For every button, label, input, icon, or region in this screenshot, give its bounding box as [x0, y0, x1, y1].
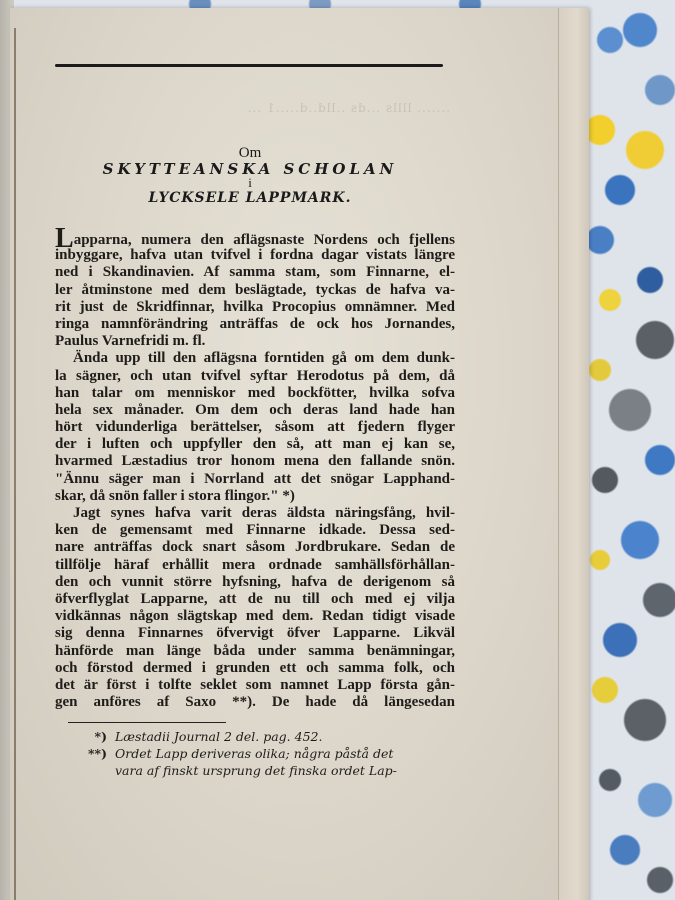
text-line: vidkännas någon slägtskap med dem. Redan…	[55, 608, 455, 625]
text-line-content: ned i Skandinavien. Af samma stam, som F…	[55, 264, 455, 280]
text-line: Ända upp till den aflägsna forntiden gå …	[55, 350, 455, 367]
text-line: Lapparna, numera den aflägsnaste Nordens…	[55, 230, 455, 247]
text-line: der i luften och uppfyller den så, att m…	[55, 436, 455, 453]
text-line: "Ännu säger man i Norrland att det snöga…	[55, 471, 455, 488]
text-line: det är först i tolfte seklet som namnet …	[55, 677, 455, 694]
text-line-content: hört vidunderliga berättelser, såsom att…	[55, 419, 455, 435]
footnote: **)Ordet Lapp deriveras olika; några pås…	[65, 745, 475, 762]
chapter-heading: Om SKYTTEANSKA SCHOLAN i LYCKSELE LAPPMA…	[55, 146, 445, 208]
text-line-content: ken de gemensamt med Finnarne idkade. De…	[55, 522, 455, 538]
heading-prefix: Om	[55, 146, 445, 160]
text-line: han talar om menniskor med bockfötter, h…	[55, 385, 455, 402]
book-page: ....... lllls ...ds ..lld..d.....1 ... O…	[10, 8, 588, 900]
text-line-content: "Ännu säger man i Norrland att det snöga…	[55, 471, 455, 487]
text-line: inbyggare, hafva utan tvifvel i fordna d…	[55, 247, 455, 264]
text-line: hela sex månader. Om dem och deras land …	[55, 402, 455, 419]
text-line-content: nare anträffas dock snart såsom Jordbruk…	[55, 539, 455, 555]
body-text: Lapparna, numera den aflägsnaste Nordens…	[55, 230, 455, 711]
heading-subtitle: LYCKSELE LAPPMARK.	[55, 188, 445, 208]
text-line-content: apparna, numera den aflägsnaste Nordens …	[74, 232, 455, 248]
text-line-content: hvarmed Læstadius tror honom mena den fa…	[55, 453, 455, 469]
heading-connector: i	[55, 178, 445, 188]
footnote-rule	[68, 722, 226, 723]
text-line-content: öfverflyglat Lapparne, att de nu till oc…	[55, 591, 455, 607]
text-line-content: skar, då snön faller i stora flingor." *…	[55, 488, 295, 504]
text-line: ringa namnförändring anträffas de ock ho…	[55, 316, 455, 333]
bleed-through-text: ....... lllls ...ds ..lld..d.....1 ...	[220, 93, 450, 123]
text-line-content: gen anföres af Saxo **). De hade då läng…	[55, 694, 455, 710]
footnote: *)Læstadii Journal 2 del. pag. 452.	[65, 728, 475, 745]
text-line: öfverflyglat Lapparne, att de nu till oc…	[55, 591, 455, 608]
text-line: hänförde man länge båda under samma benä…	[55, 643, 455, 660]
text-line: Paulus Varnefridi m. fl.	[55, 333, 455, 350]
page-fold-edge	[558, 8, 589, 900]
text-line-content: den och vunnit större hyfsning, hafva de…	[55, 574, 455, 590]
text-line-content: la sägner, och utan tvifvel syftar Herod…	[55, 368, 455, 384]
text-line: den och vunnit större hyfsning, hafva de…	[55, 574, 455, 591]
text-line-content: inbyggare, hafva utan tvifvel i fordna d…	[55, 247, 455, 263]
text-line-content: det är först i tolfte seklet som namnet …	[55, 677, 455, 693]
footnote-mark: **)	[65, 745, 115, 762]
footnote-text: Læstadii Journal 2 del. pag. 452.	[115, 728, 322, 745]
footnotes: *)Læstadii Journal 2 del. pag. 452.**)Or…	[65, 728, 475, 779]
text-line-content: Ända upp till den aflägsna forntiden gå …	[73, 350, 455, 366]
text-line: rit just de Skridfinnar, hvilka Procopiu…	[55, 299, 455, 316]
text-line-content: Paulus Varnefridi m. fl.	[55, 333, 205, 349]
footnote-continuation: vara af finskt ursprung det finska ordet…	[65, 762, 475, 779]
text-line-content: sig denna Finnarnes öfvervigt öfver Lapp…	[55, 625, 455, 641]
text-line-content: och förstod dermed i grunden ett och sam…	[55, 660, 455, 676]
text-line-content: han talar om menniskor med bockfötter, h…	[55, 385, 455, 401]
text-line: ned i Skandinavien. Af samma stam, som F…	[55, 264, 455, 281]
footnote-text: Ordet Lapp deriveras olika; några påstå …	[115, 745, 393, 762]
text-line-content: Jagt synes hafva varit deras äldsta näri…	[73, 505, 455, 521]
text-line: hvarmed Læstadius tror honom mena den fa…	[55, 453, 455, 470]
text-line: ler åtminstone med dem beslägtade, tycka…	[55, 282, 455, 299]
text-line-content: der i luften och uppfyller den så, att m…	[55, 436, 455, 452]
text-line-content: vidkännas någon slägtskap med dem. Redan…	[55, 608, 455, 624]
text-line: och förstod dermed i grunden ett och sam…	[55, 660, 455, 677]
text-line: nare anträffas dock snart såsom Jordbruk…	[55, 539, 455, 556]
text-line-content: tillfölje häraf erhållit mera ordnade sa…	[55, 557, 455, 573]
text-line-content: hänförde man länge båda under samma benä…	[55, 643, 455, 659]
text-line-content: hela sex månader. Om dem och deras land …	[55, 402, 455, 418]
text-line: ken de gemensamt med Finnarne idkade. De…	[55, 522, 455, 539]
header-rule	[55, 64, 443, 67]
footnote-mark: *)	[65, 728, 115, 745]
text-line: skar, då snön faller i stora flingor." *…	[55, 488, 455, 505]
text-line-content: ringa namnförändring anträffas de ock ho…	[55, 316, 455, 332]
text-line-content: ler åtminstone med dem beslägtade, tycka…	[55, 282, 455, 298]
text-line: la sägner, och utan tvifvel syftar Herod…	[55, 368, 455, 385]
text-line-content: rit just de Skridfinnar, hvilka Procopiu…	[55, 299, 455, 315]
text-line: sig denna Finnarnes öfvervigt öfver Lapp…	[55, 625, 455, 642]
text-line: gen anföres af Saxo **). De hade då läng…	[55, 694, 455, 711]
text-line: Jagt synes hafva varit deras äldsta näri…	[55, 505, 455, 522]
text-line: tillfölje häraf erhållit mera ordnade sa…	[55, 557, 455, 574]
text-line: hört vidunderliga berättelser, såsom att…	[55, 419, 455, 436]
